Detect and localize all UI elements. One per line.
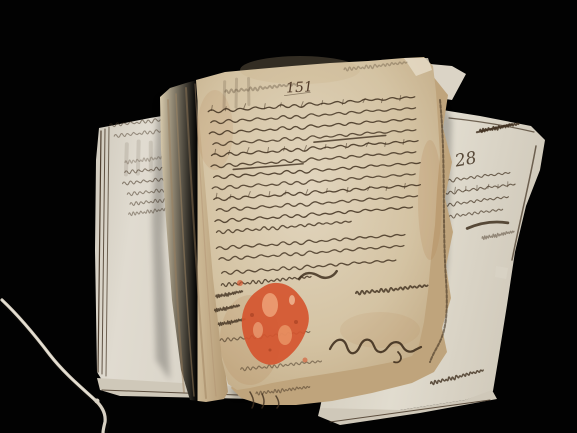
folio-number: 28 (452, 148, 478, 172)
manuscript-photo: 28 (0, 0, 577, 433)
central-booklet: 151 (160, 56, 453, 408)
string-knot (95, 399, 100, 404)
page-edge-tab (495, 266, 508, 279)
